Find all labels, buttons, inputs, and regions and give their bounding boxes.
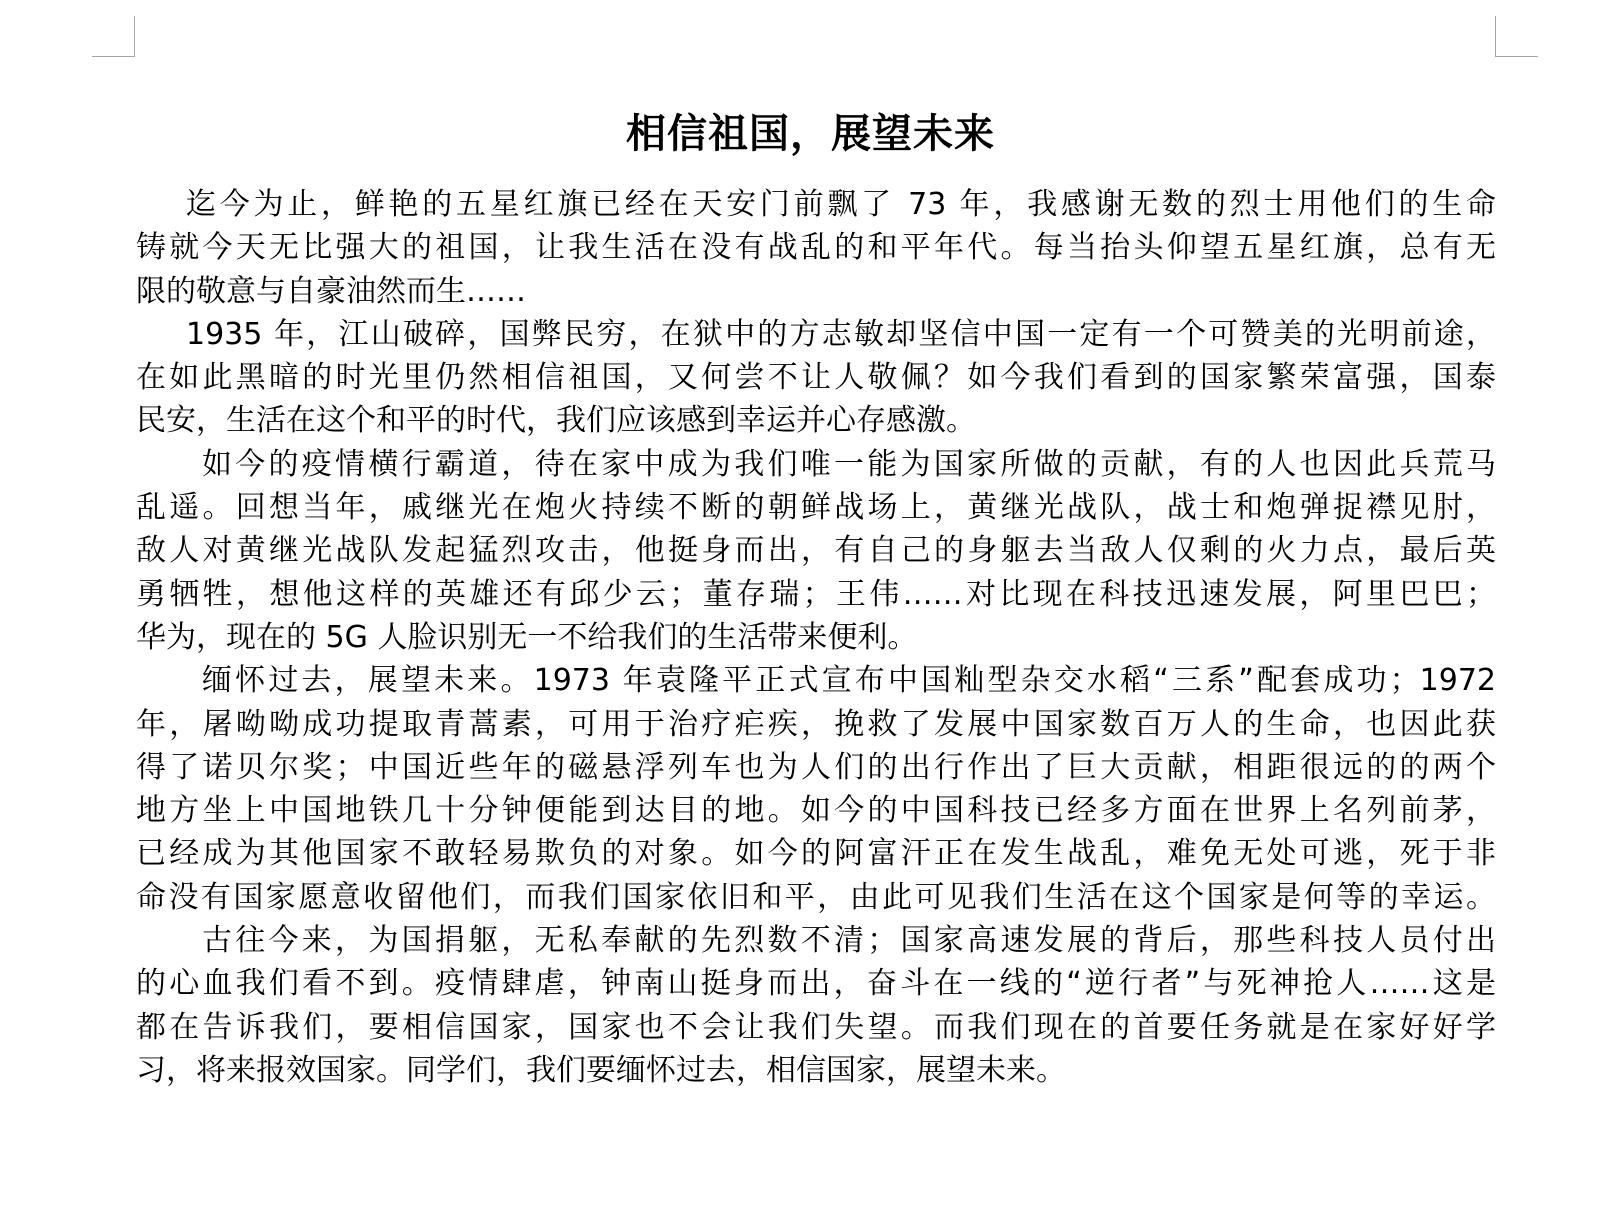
paragraph-3: 如今的疫情横行霸道，待在家中成为我们唯一能为国家所做的贡献，有的人也因此兵荒马 … [136, 443, 1496, 659]
text-line: 古往今来，为国捐躯，无私奉献的先烈数不清；国家高速发展的背后，那些科技人员付出 [136, 919, 1496, 962]
text-line: 1935 年，江山破碎，国弊民穷，在狱中的方志敏却坚信中国一定有一个可赞美的光明… [136, 313, 1496, 356]
text-line: 已经成为其他国家不敢轻易欺负的对象。如今的阿富汗正在发生战乱，难免无处可逃，死于… [136, 832, 1496, 875]
text-line: 得了诺贝尔奖；中国近些年的磁悬浮列车也为人们的出行作出了巨大贡献，相距很远的的两… [136, 746, 1496, 789]
text-line: 如今的疫情横行霸道，待在家中成为我们唯一能为国家所做的贡献，有的人也因此兵荒马 [136, 443, 1496, 486]
top-right-margin-mark [1495, 16, 1538, 57]
text-line: 命没有国家愿意收留他们，而我们国家依旧和平，由此可见我们生活在这个国家是何等的幸… [136, 876, 1496, 919]
document-title: 相信祖国，展望未来 [0, 106, 1621, 162]
document-page: 相信祖国，展望未来 迄今为止，鲜艳的五星红旗已经在天安门前飘了 73 年，我感谢… [0, 0, 1621, 1207]
text-line: 地方坐上中国地铁几十分钟便能到达目的地。如今的中国科技已经多方面在世界上名列前茅… [136, 789, 1496, 832]
text-line: 敌人对黄继光战队发起猛烈攻击，他挺身而出，有自己的身躯去当敌人仅剩的火力点，最后… [136, 529, 1496, 572]
text-line: 年，屠呦呦成功提取青蒿素，可用于治疗疟疾，挽救了发展中国家数百万人的生命，也因此… [136, 703, 1496, 746]
text-line: 乱遥。回想当年，戚继光在炮火持续不断的朝鲜战场上，黄继光战队，战士和炮弹捉襟见肘… [136, 486, 1496, 529]
paragraph-5: 古往今来，为国捐躯，无私奉献的先烈数不清；国家高速发展的背后，那些科技人员付出 … [136, 919, 1496, 1092]
paragraph-4: 缅怀过去，展望未来。1973 年袁隆平正式宣布中国籼型杂交水稻“三系”配套成功；… [136, 659, 1496, 919]
document-body: 迄今为止，鲜艳的五星红旗已经在天安门前飘了 73 年，我感谢无数的烈士用他们的生… [136, 183, 1496, 1092]
text-line: 华为，现在的 5G 人脸识别无一不给我们的生活带来便利。 [136, 616, 1496, 659]
text-line: 勇牺牲，想他这样的英雄还有邱少云；董存瑞；王伟……对比现在科技迅速发展，阿里巴巴… [136, 573, 1496, 616]
paragraph-1: 迄今为止，鲜艳的五星红旗已经在天安门前飘了 73 年，我感谢无数的烈士用他们的生… [136, 183, 1496, 313]
text-line: 铸就今天无比强大的祖国，让我生活在没有战乱的和平年代。每当抬头仰望五星红旗，总有… [136, 226, 1496, 269]
text-line: 都在告诉我们，要相信国家，国家也不会让我们失望。而我们现在的首要任务就是在家好好… [136, 1006, 1496, 1049]
text-line: 迄今为止，鲜艳的五星红旗已经在天安门前飘了 73 年，我感谢无数的烈士用他们的生… [136, 183, 1496, 226]
text-line: 民安，生活在这个和平的时代，我们应该感到幸运并心存感激。 [136, 399, 1496, 442]
top-left-margin-mark [92, 16, 135, 57]
text-line: 习，将来报效国家。同学们，我们要缅怀过去，相信国家，展望未来。 [136, 1049, 1496, 1092]
text-line: 缅怀过去，展望未来。1973 年袁隆平正式宣布中国籼型杂交水稻“三系”配套成功；… [136, 659, 1496, 702]
text-line: 限的敬意与自豪油然而生…… [136, 270, 1496, 313]
paragraph-2: 1935 年，江山破碎，国弊民穷，在狱中的方志敏却坚信中国一定有一个可赞美的光明… [136, 313, 1496, 443]
text-line: 在如此黑暗的时光里仍然相信祖国，又何尝不让人敬佩？如今我们看到的国家繁荣富强，国… [136, 356, 1496, 399]
text-line: 的心血我们看不到。疫情肆虐，钟南山挺身而出，奋斗在一线的“逆行者”与死神抢人……… [136, 962, 1496, 1005]
